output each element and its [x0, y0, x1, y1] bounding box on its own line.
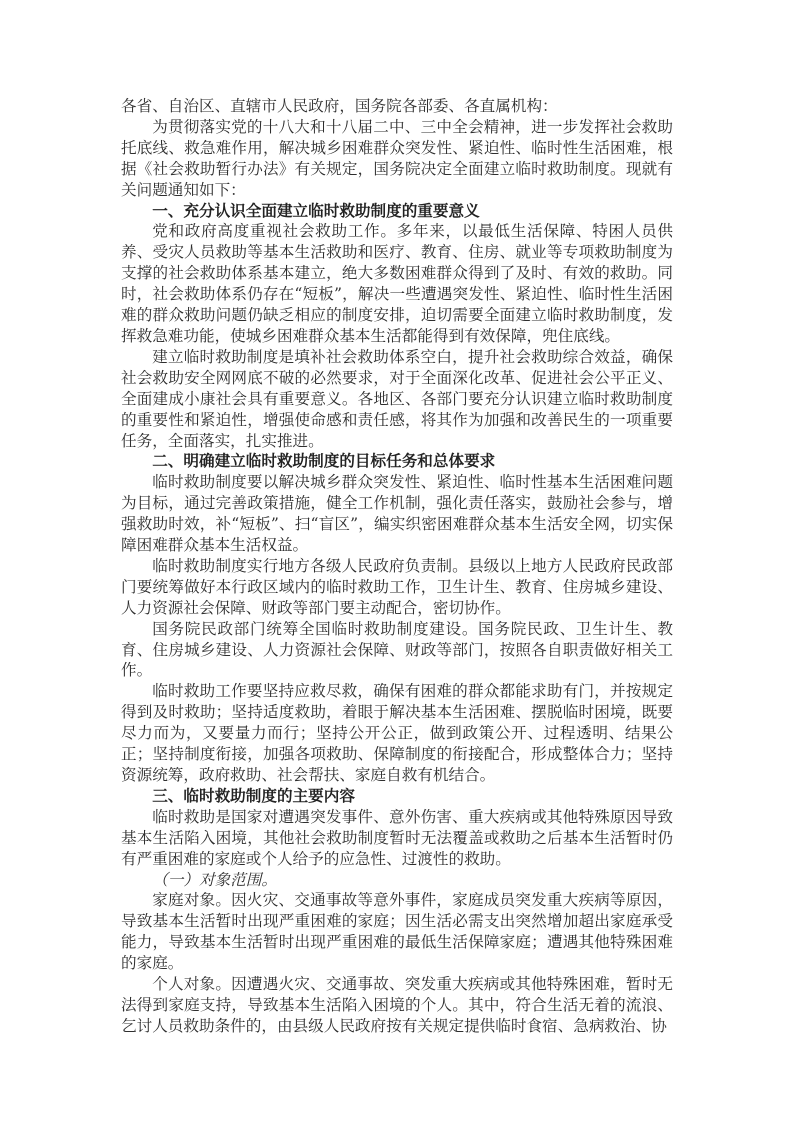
sub-heading-scope: （一）对象范围。 [121, 870, 673, 891]
paragraph: 党和政府高度重视社会救助工作。多年来，以最低生活保障、特困人员供养、受灾人员救助… [121, 221, 673, 346]
section-heading-2: 二、明确建立临时救助制度的目标任务和总体要求 [121, 451, 673, 472]
section-heading-1: 一、充分认识全面建立临时救助制度的重要意义 [121, 201, 673, 222]
section-heading-3: 三、临时救助制度的主要内容 [121, 786, 673, 807]
paragraph: 临时救助工作要坚持应救尽救，确保有困难的群众都能求助有门，并按规定得到及时救助；… [121, 681, 673, 786]
paragraph: 家庭对象。因火灾、交通事故等意外事件，家庭成员突发重大疾病等原因，导致基本生活暂… [121, 890, 673, 974]
document-page: 各省、自治区、直辖市人民政府，国务院各部委、各直属机构： 为贯彻落实党的十八大和… [0, 0, 793, 1122]
document-body: 各省、自治区、直辖市人民政府，国务院各部委、各直属机构： 为贯彻落实党的十八大和… [121, 96, 673, 1037]
paragraph: 临时救助制度实行地方各级人民政府负责制。县级以上地方人民政府民政部门要统筹做好本… [121, 556, 673, 619]
intro-paragraph: 为贯彻落实党的十八大和十八届二中、三中全会精神，进一步发挥社会救助托底线、救急难… [121, 117, 673, 201]
paragraph: 临时救助制度要以解决城乡群众突发性、紧迫性、临时性基本生活困难问题为目标，通过完… [121, 472, 673, 556]
paragraph: 个人对象。因遭遇火灾、交通事故、突发重大疾病或其他特殊困难，暂时无法得到家庭支持… [121, 974, 673, 1037]
paragraph: 建立临时救助制度是填补社会救助体系空白，提升社会救助综合效益，确保社会救助安全网… [121, 347, 673, 452]
paragraph: 临时救助是国家对遭遇突发事件、意外伤害、重大疾病或其他特殊原因导致基本生活陷入困… [121, 807, 673, 870]
paragraph: 国务院民政部门统筹全国临时救助制度建设。国务院民政、卫生计生、教育、住房城乡建设… [121, 619, 673, 682]
salutation-line: 各省、自治区、直辖市人民政府，国务院各部委、各直属机构： [121, 96, 673, 117]
